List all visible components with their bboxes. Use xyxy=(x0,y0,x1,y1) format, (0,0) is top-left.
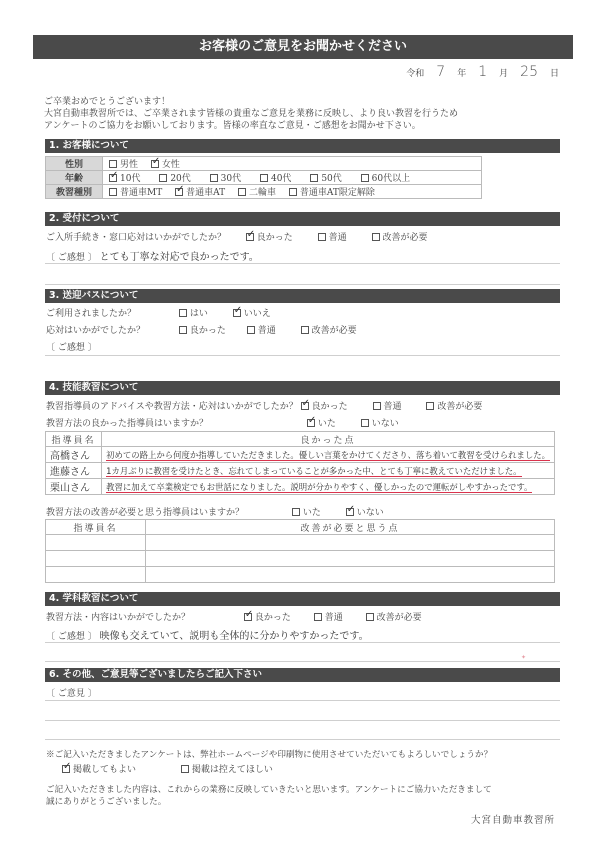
gender-label: 性別 xyxy=(46,157,103,171)
checkbox-publish-ok[interactable]: 掲載してもよい xyxy=(62,762,136,775)
checkbox-checked-icon xyxy=(109,174,117,182)
instructor-rating-question: 教習指導員のアドバイスや教習方法・応対はいかがでしたか？ xyxy=(46,402,298,412)
improvement-point[interactable] xyxy=(146,551,555,567)
checkbox-icon xyxy=(210,174,218,182)
checkbox-bus-good[interactable]: 良かった xyxy=(179,323,226,336)
checkbox-checked-icon xyxy=(151,160,159,168)
checkbox-bus-normal[interactable]: 普通 xyxy=(247,323,276,336)
checkbox-bus-needs-improvement[interactable]: 改善が必要 xyxy=(301,323,357,336)
checkbox-icon xyxy=(318,233,326,241)
comment-line xyxy=(45,720,560,721)
checkbox-motorcycle[interactable]: 二輪車 xyxy=(238,185,276,198)
year-label: 年 xyxy=(457,66,466,79)
checkbox-reception-needs-improvement[interactable]: 改善が必要 xyxy=(372,230,428,243)
age-label: 年齢 xyxy=(46,171,103,185)
checkbox-good-instructor-no[interactable]: いない xyxy=(361,416,399,429)
checkbox-icon xyxy=(310,174,318,182)
checkbox-checked-icon xyxy=(175,188,183,196)
option-label: 掲載してもよい xyxy=(73,765,136,775)
checkbox-40s[interactable]: 40代 xyxy=(260,171,291,184)
checkbox-male[interactable]: 男性 xyxy=(109,157,138,170)
checkbox-reception-normal[interactable]: 普通 xyxy=(318,230,347,243)
option-label: 改善が必要 xyxy=(312,326,357,336)
checkbox-checked-icon xyxy=(301,402,309,410)
option-label: いた xyxy=(318,419,336,429)
ink-mark-icon: ✦ xyxy=(521,654,526,661)
reception-question: ご入所手続き・窓口応対はいかがでしたか？ xyxy=(46,233,226,243)
checkbox-icon xyxy=(238,188,246,196)
consent-options: 掲載してもよい 掲載は控えてほしい xyxy=(62,762,283,775)
survey-form: お客様のご意見をお聞かせください 令和 7 年 1 月 25 日 ご卒業おめでと… xyxy=(0,0,595,841)
comment-line xyxy=(45,263,560,264)
checkbox-good-instructor-yes[interactable]: いた xyxy=(307,416,336,429)
checkbox-icon xyxy=(247,326,255,334)
comment-label: 〔 ご意見 〕 xyxy=(46,689,97,699)
instructor-name[interactable]: 高橋さん xyxy=(50,451,90,463)
comment-line xyxy=(45,739,560,740)
checkbox-60s-plus[interactable]: 60代以上 xyxy=(361,171,410,184)
checkbox-icon xyxy=(314,613,322,621)
table-row xyxy=(46,535,555,551)
option-label: 50代 xyxy=(321,174,341,184)
checkbox-icon xyxy=(260,174,268,182)
table-row: 栗山さん 教習に加えて卒業検定でもお世話になりました。説明が分かりやすく、優しか… xyxy=(46,479,555,495)
column-header-instructor: 指導員名 xyxy=(46,520,146,535)
checkbox-checked-icon xyxy=(346,508,354,516)
course-type-row: 教習種別 普通車MT 普通車AT 二輪車 普通車AT限定解除 xyxy=(46,185,482,199)
comment-line xyxy=(45,661,560,662)
checkbox-bus-yes[interactable]: はい xyxy=(179,306,208,319)
bus-usage-question: ご利用されましたか？ xyxy=(46,306,176,319)
checkbox-reception-good[interactable]: 良かった xyxy=(246,230,293,243)
checkbox-icon xyxy=(366,613,374,621)
checkbox-icon xyxy=(372,233,380,241)
checkbox-50s[interactable]: 50代 xyxy=(310,171,341,184)
option-label: 良かった xyxy=(190,326,226,336)
column-header-instructor: 指導員名 xyxy=(46,432,102,447)
comment-label: 〔 ご感想 〕 xyxy=(46,632,97,642)
option-label: 普通 xyxy=(329,233,347,243)
day-label: 日 xyxy=(550,66,559,79)
option-label: 普通車AT限定解除 xyxy=(300,188,375,198)
checkbox-20s[interactable]: 20代 xyxy=(159,171,190,184)
section-5-heading: 4. 学科教習について xyxy=(45,592,560,606)
option-label: 男性 xyxy=(120,160,138,170)
checkbox-icon xyxy=(426,402,434,410)
option-label: 良かった xyxy=(312,402,348,412)
school-signature: 大宮自動車教習所 xyxy=(471,812,555,826)
checkbox-bus-no[interactable]: いいえ xyxy=(233,306,271,319)
comment-label: 〔 ご感想 〕 xyxy=(46,253,97,263)
section-2-heading: 2. 受付について xyxy=(45,212,560,226)
good-point[interactable]: 教習に加えて卒業検定でもお世話になりました。説明が分かりやすく、優しかったので運… xyxy=(106,482,532,493)
instructor-name[interactable] xyxy=(46,551,146,567)
option-label: 掲載は控えてほしい xyxy=(192,765,273,775)
section-3-heading: 3. 送迎バスについて xyxy=(45,289,560,303)
option-label: 20代 xyxy=(170,174,190,184)
day-value[interactable]: 25 xyxy=(520,64,538,80)
checkbox-female[interactable]: 女性 xyxy=(151,157,180,170)
closing-line: 誠にありがとうございました。 xyxy=(46,796,492,808)
section-1-heading: 1. お客様について xyxy=(45,139,560,153)
checkbox-icon xyxy=(181,765,189,773)
intro-text: ご卒業おめでとうございます！ 大宮自動車教習所では、ご卒業されます皆様の貴重なご… xyxy=(44,96,458,132)
checkbox-icon xyxy=(179,309,187,317)
checkbox-standard-at[interactable]: 普通車AT xyxy=(175,185,225,198)
option-label: はい xyxy=(190,309,208,319)
checkbox-checked-icon xyxy=(307,419,315,427)
checkbox-at-limit-removal[interactable]: 普通車AT限定解除 xyxy=(289,185,375,198)
instructor-name[interactable] xyxy=(46,567,146,583)
date-line: 令和 7 年 1 月 25 日 xyxy=(406,64,559,80)
instructor-name[interactable]: 進藤さん xyxy=(50,467,90,479)
bus-service-row: 応対はいかがでしたか？ 良かった 普通 改善が必要 xyxy=(46,323,367,336)
comment-line xyxy=(45,700,560,701)
checkbox-publish-decline[interactable]: 掲載は控えてほしい xyxy=(181,762,273,775)
checkbox-icon xyxy=(159,174,167,182)
comment-line xyxy=(45,355,560,356)
checkbox-icon xyxy=(373,402,381,410)
option-label: 女性 xyxy=(162,160,180,170)
instructor-name[interactable]: 栗山さん xyxy=(50,483,90,495)
customer-info-table: 性別 男性 女性 年齢 10代 20代 30代 40代 50代 60代以上 教習… xyxy=(45,156,482,199)
checkbox-classroom-needs-improvement[interactable]: 改善が必要 xyxy=(366,610,422,623)
good-point[interactable]: 初めての路上から何度か指導していただきました。優しい言葉をかけてくださり、落ち着… xyxy=(106,450,550,461)
option-label: いない xyxy=(357,508,384,518)
closing-line: ご記入いただきました内容は、これからの業務に反映していきたいと思います。アンケー… xyxy=(46,784,492,796)
option-label: 普通 xyxy=(384,402,402,412)
good-instructor-table: 指導員名 良かった点 高橋さん 初めての路上から何度か指導していただきました。優… xyxy=(45,431,555,495)
option-label: 二輪車 xyxy=(249,188,276,198)
month-label: 月 xyxy=(499,66,508,79)
closing-text: ご記入いただきました内容は、これからの業務に反映していきたいと思います。アンケー… xyxy=(46,784,492,808)
table-row xyxy=(46,567,555,583)
bus-service-question: 応対はいかがでしたか？ xyxy=(46,323,176,336)
checkbox-instructor-needs-improvement[interactable]: 改善が必要 xyxy=(426,399,482,412)
improvement-point[interactable] xyxy=(146,567,555,583)
checkbox-icon xyxy=(301,326,309,334)
option-label: 10代 xyxy=(120,174,140,184)
option-label: いた xyxy=(303,508,321,518)
column-header-improvement-points: 改善が必要と思う点 xyxy=(146,520,555,535)
bus-usage-row: ご利用されましたか？ はい いいえ xyxy=(46,306,281,319)
option-label: 良かった xyxy=(257,233,293,243)
option-label: 普通車AT xyxy=(186,188,225,198)
bus-comment-row: 〔 ご感想 〕 xyxy=(46,340,97,353)
checkbox-30s[interactable]: 30代 xyxy=(210,171,241,184)
checkbox-icon xyxy=(361,174,369,182)
checkbox-classroom-normal[interactable]: 普通 xyxy=(314,610,343,623)
checkbox-standard-mt[interactable]: 普通車MT xyxy=(109,185,162,198)
year-value[interactable]: 7 xyxy=(436,64,445,80)
course-type-label: 教習種別 xyxy=(46,185,103,199)
comment-line xyxy=(45,642,560,643)
option-label: 30代 xyxy=(221,174,241,184)
consent-question: ※ご記入いただきましたアンケートは、弊社ホームページや印刷物に使用させていただい… xyxy=(46,748,492,760)
checkbox-icon xyxy=(179,326,187,334)
intro-line: アンケートのご協力をお願いしております。皆様の率直なご意見・ご感想をお聞かせ下さ… xyxy=(44,120,458,132)
option-label: 普通 xyxy=(325,613,343,623)
checkbox-checked-icon xyxy=(62,765,70,773)
checkbox-checked-icon xyxy=(246,233,254,241)
option-label: 良かった xyxy=(255,613,291,623)
classroom-question-row: 教習方法・内容はいかがでしたか？ 良かった 普通 改善が必要 xyxy=(46,610,432,623)
intro-line: ご卒業おめでとうございます！ xyxy=(44,96,458,108)
comment-label: 〔 ご感想 〕 xyxy=(46,343,97,353)
checkbox-icon xyxy=(292,508,300,516)
section-6-heading: 6. その他、ご意見等ございましたらご記入下さい xyxy=(45,668,560,682)
form-title: お客様のご意見をお聞かせください xyxy=(33,35,573,59)
option-label: いない xyxy=(372,419,399,429)
column-header-good-points: 良かった点 xyxy=(102,432,555,447)
checkbox-checked-icon xyxy=(244,613,252,621)
checkbox-icon xyxy=(109,160,117,168)
checkbox-icon xyxy=(361,419,369,427)
good-instructor-row: 教習方法の良かった指導員はいますか？ いた いない xyxy=(46,416,409,429)
era: 令和 xyxy=(406,66,424,79)
checkbox-instructor-normal[interactable]: 普通 xyxy=(373,399,402,412)
improve-instructor-table: 指導員名 改善が必要と思う点 xyxy=(45,519,555,583)
improve-instructor-question: 教習方法の改善が必要と思う指導員はいますか？ xyxy=(46,505,289,518)
table-row xyxy=(46,551,555,567)
month-value[interactable]: 1 xyxy=(478,64,487,80)
good-instructor-question: 教習方法の良かった指導員はいますか？ xyxy=(46,416,304,429)
other-comment-row: 〔 ご意見 〕 xyxy=(46,686,97,699)
improvement-point[interactable] xyxy=(146,535,555,551)
option-label: 60代以上 xyxy=(372,174,410,184)
table-header-row: 指導員名 良かった点 xyxy=(46,432,555,447)
classroom-comment-row: 〔 ご感想 〕 映像も交えていて、説明も全体的に分かりやすかったです。 xyxy=(46,627,369,642)
table-row: 高橋さん 初めての路上から何度か指導していただきました。優しい言葉をかけてくださ… xyxy=(46,447,555,463)
table-header-row: 指導員名 改善が必要と思う点 xyxy=(46,520,555,535)
checkbox-improve-instructor-yes[interactable]: いた xyxy=(292,505,321,518)
comment-line xyxy=(45,284,560,285)
gender-row: 性別 男性 女性 xyxy=(46,157,482,171)
reception-question-row: ご入所手続き・窓口応対はいかがでしたか？ 良かった 普通 改善が必要 xyxy=(46,230,438,243)
age-row: 年齢 10代 20代 30代 40代 50代 60代以上 xyxy=(46,171,482,185)
instructor-name[interactable] xyxy=(46,535,146,551)
section-4-heading: 4. 技能教習について xyxy=(45,381,560,395)
option-label: 改善が必要 xyxy=(437,402,482,412)
option-label: 普通車MT xyxy=(120,188,162,198)
intro-line: 大宮自動車教習所では、ご卒業されます皆様の貴重なご意見を業務に反映し、より良い教… xyxy=(44,108,458,120)
checkbox-icon xyxy=(109,188,117,196)
checkbox-classroom-good[interactable]: 良かった xyxy=(244,610,291,623)
option-label: 普通 xyxy=(258,326,276,336)
checkbox-icon xyxy=(289,188,297,196)
reception-comment-row: 〔 ご感想 〕 とても丁寧な対応で良かったです。 xyxy=(46,248,259,263)
option-label: 改善が必要 xyxy=(383,233,428,243)
option-label: 改善が必要 xyxy=(377,613,422,623)
good-point[interactable]: 1カ月ぶりに教習を受けたとき、忘れてしまっていることが多かった中、とても丁寧に教… xyxy=(106,466,521,477)
checkbox-checked-icon xyxy=(233,309,241,317)
table-row: 進藤さん 1カ月ぶりに教習を受けたとき、忘れてしまっていることが多かった中、とて… xyxy=(46,463,555,479)
improve-instructor-row: 教習方法の改善が必要と思う指導員はいますか？ いた いない xyxy=(46,505,394,518)
option-label: いいえ xyxy=(244,309,271,319)
instructor-rating-row: 教習指導員のアドバイスや教習方法・応対はいかがでしたか？ 良かった 普通 改善が… xyxy=(46,399,492,412)
checkbox-improve-instructor-no[interactable]: いない xyxy=(346,505,384,518)
option-label: 40代 xyxy=(271,174,291,184)
checkbox-instructor-good[interactable]: 良かった xyxy=(301,399,348,412)
classroom-question: 教習方法・内容はいかがでしたか？ xyxy=(46,610,241,623)
checkbox-10s[interactable]: 10代 xyxy=(109,171,140,184)
